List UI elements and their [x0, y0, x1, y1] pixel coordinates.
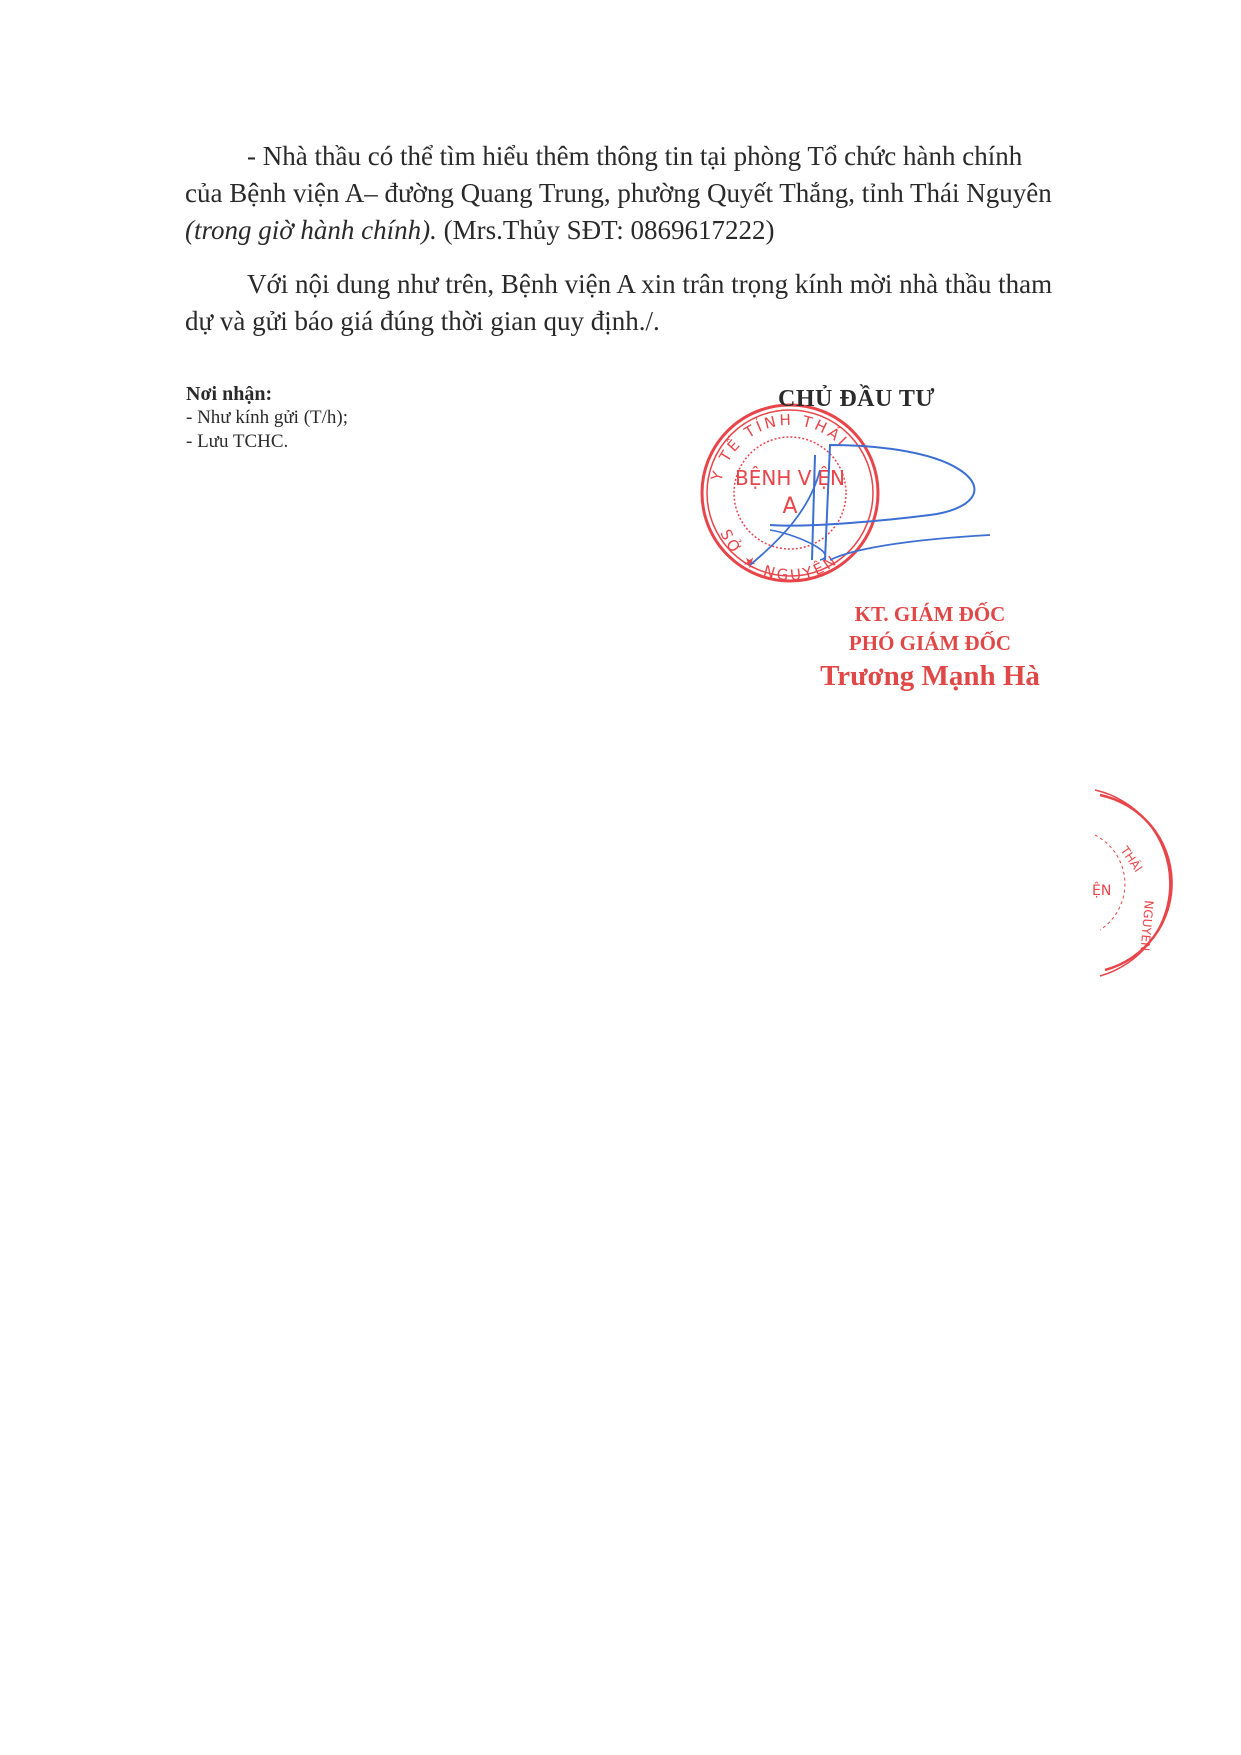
svg-text:ỆN: ỆN [1092, 881, 1111, 899]
svg-text:THÁI: THÁI [1117, 842, 1146, 874]
paragraph-line: dự và gửi báo giá đúng thời gian quy địn… [185, 303, 1115, 340]
signer-role: KT. GIÁM ĐỐC [800, 600, 1060, 629]
paragraph-line: của Bệnh viện A– đường Quang Trung, phườ… [185, 175, 1115, 212]
recipient-item: - Như kính gửi (T/h); [186, 406, 348, 430]
paragraph-line: Với nội dung như trên, Bệnh viện A xin t… [185, 266, 1115, 303]
partial-stamp-icon: THÁI NGUYÊN ỆN [1090, 790, 1241, 980]
document-page: - Nhà thầu có thể tìm hiểu thêm thông ti… [0, 0, 1241, 1755]
paragraph-line: - Nhà thầu có thể tìm hiểu thêm thông ti… [185, 138, 1115, 175]
paragraph-line: (trong giờ hành chính). (Mrs.Thủy SĐT: 0… [185, 212, 1115, 249]
signer-position: PHÓ GIÁM ĐỐC [800, 629, 1060, 658]
closing-paragraph: Với nội dung như trên, Bệnh viện A xin t… [185, 266, 1115, 340]
recipient-item: - Lưu TCHC. [186, 430, 348, 454]
contact-phone: (Mrs.Thủy SĐT: 0869617222) [437, 215, 775, 245]
signer-block: KT. GIÁM ĐỐC PHÓ GIÁM ĐỐC Trương Mạnh Hà [800, 600, 1060, 694]
office-hours-note: (trong giờ hành chính). [185, 215, 437, 245]
recipients-title: Nơi nhận: [186, 382, 348, 406]
signer-name: Trương Mạnh Hà [800, 658, 1060, 694]
svg-text:NGUYÊN: NGUYÊN [1138, 900, 1157, 952]
contact-info-paragraph: - Nhà thầu có thể tìm hiểu thêm thông ti… [185, 138, 1115, 249]
recipients-block: Nơi nhận: - Như kính gửi (T/h); - Lưu TC… [186, 382, 348, 454]
signature-icon [690, 400, 1010, 580]
